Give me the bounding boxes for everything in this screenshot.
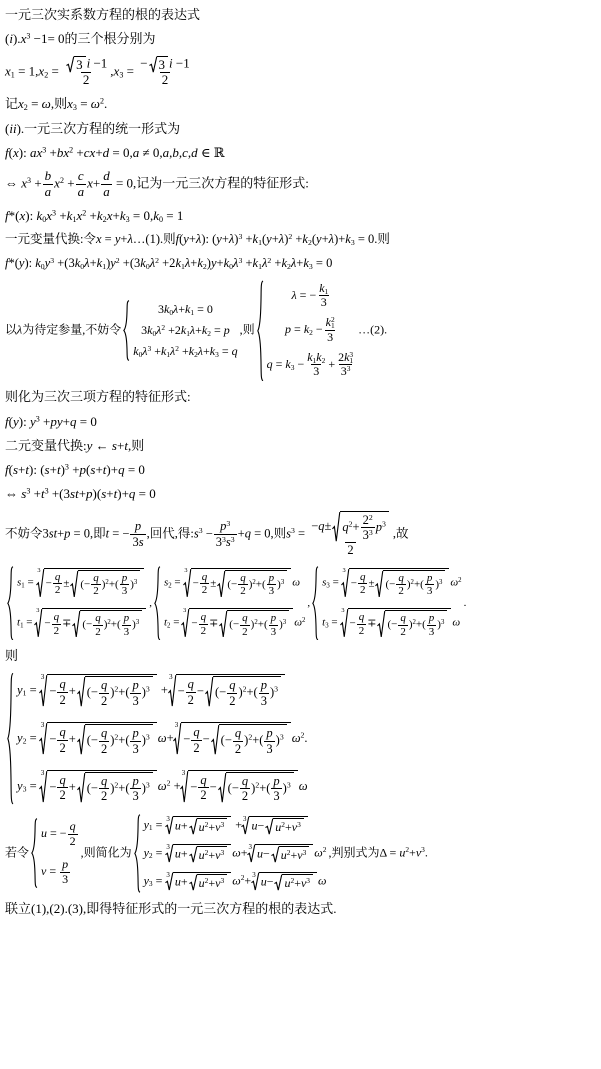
fraction: p3: [130, 678, 140, 708]
fraction: q2: [57, 677, 67, 707]
left-brace-icon: [7, 672, 14, 805]
radical-sign-icon: [66, 56, 74, 73]
fraction: p3: [425, 572, 435, 598]
cube-root: 3u−u2+v3: [248, 844, 313, 863]
left-brace-icon: [31, 818, 38, 888]
square-root: (−q2)2+(p3)3: [218, 772, 294, 804]
brace-system: y1 = 3u+u2+v3 +3u−u2+v3y2 = 3u+u2+v3ω+3u…: [134, 814, 327, 893]
radical-sign-icon: [217, 570, 225, 598]
square-root: 3: [66, 56, 86, 73]
trinomial-heading-line: 则化为三次三项方程的特征形式:: [5, 389, 599, 405]
fraction: ca: [76, 169, 87, 200]
fst-expansion-line: f(s+t): (s+t)3 +p(s+t)+q = 0: [5, 462, 599, 478]
fraction: q2: [200, 571, 210, 597]
radical-sign-icon: [274, 874, 282, 891]
cube-root: 3−q2+(−q2)2+(p3)3: [41, 674, 157, 708]
cube-root: 3u+u2+v3: [166, 844, 231, 863]
radical-sign-icon: [189, 874, 197, 891]
left-brace-icon: [123, 300, 130, 361]
fraction: q2: [93, 612, 103, 638]
radical-sign-icon: [77, 724, 85, 756]
characteristic-form-line: ⇔ x3 +bax2 +cax+da = 0,记为一元三次方程的特征形式:: [5, 169, 599, 200]
cube-root: 3−q2±(−q2)2+(p3)3: [343, 568, 450, 598]
fst-factored-line: ⇔ s3 +t3 +(3st+p)(s+t)+q = 0: [5, 486, 599, 502]
square-root: (−q2)2+(p3)3: [217, 570, 287, 598]
roots-intro-line: (i).x3 −1= 0的三个根分别为: [5, 31, 599, 47]
fraction: q2: [99, 726, 109, 756]
fraction: q2: [57, 773, 67, 803]
fraction: p3: [259, 678, 269, 708]
radical-sign-icon: [149, 56, 157, 73]
square-root: q2+2233p3: [332, 511, 388, 543]
expanded-poly-line: f*(y): k0y3 +(3k0λ+k1)y2 +(3k0λ2 +2k1λ+k…: [5, 256, 599, 272]
two-variable-substitution-line: 二元变量代换:y ← s+t,则: [5, 438, 599, 454]
fraction: q2: [91, 572, 101, 598]
fraction: ba: [43, 169, 54, 200]
brace-system: u = −q2v = p3: [31, 818, 79, 888]
left-brace-icon: [7, 566, 14, 641]
fraction: q2: [240, 612, 250, 638]
square-root: u2+v3: [189, 846, 228, 863]
conclusion-line: 联立(1),(2).(3),即得特征形式的一元三次方程的根的表达式.: [5, 901, 599, 917]
cube-root: 3−q2∓(−q2)2+(p3)3: [341, 608, 451, 638]
square-root: u2+v3: [274, 874, 313, 891]
brace-system: s2 = 3−q2±(−q2)2+(p3)3ωt2 = 3−q2∓(−q2)2+…: [154, 566, 305, 641]
omega-notation-line: 记x2 = ω,则x3 = ω2.: [5, 96, 599, 112]
depressed-cubic-line: f(y): y3 +py+q = 0: [5, 414, 599, 430]
fraction: p3: [60, 858, 70, 887]
brace-system: λ = −k13p = k2 −k123q = k3 −k1k23+2k1333: [257, 280, 357, 382]
radical-sign-icon: [70, 570, 78, 598]
fraction: p3: [267, 572, 277, 598]
fraction: p3: [122, 612, 132, 638]
fraction: q2: [358, 571, 368, 597]
radical-sign-icon: [189, 818, 197, 835]
radical-sign-icon: [271, 846, 279, 863]
radical-sign-icon: [205, 676, 213, 708]
cube-root: 3−q2+(−q2)2+(p3)3: [41, 722, 157, 756]
square-root: (−q2)2+(p3)3: [70, 570, 140, 598]
cube-root: 3u+u2+v3: [166, 816, 231, 835]
square-root: (−q2)2+(p3)3: [375, 570, 445, 598]
radical-sign-icon: [72, 610, 80, 638]
fraction: p333s3: [214, 519, 237, 549]
uv-simplified-line: 若令u = −q2v = p3,则简化为y1 = 3u+u2+v3 +3u−u2…: [5, 814, 599, 893]
fraction: q2: [233, 726, 243, 756]
square-root: (−q2)2+(p3)3: [205, 676, 281, 708]
fraction: p3: [269, 612, 279, 638]
square-root: (−q2)2+(p3)3: [77, 676, 153, 708]
fraction: q2: [396, 572, 406, 598]
square-root: (−q2)2+(p3)3: [211, 724, 287, 756]
left-brace-icon: [257, 280, 264, 382]
cube-root: 3−q2−(−q2)2+(p3)3: [182, 770, 298, 804]
square-root: (−q2)2+(p3)3: [219, 610, 289, 638]
cube-root: 3−q2+(−q2)2+(p3)3: [41, 770, 157, 804]
fraction: p3: [264, 726, 274, 756]
general-cubic-line: f(x): ax3 +bx2 +cx+d = 0,a ≠ 0,a,b,c,d ∈…: [5, 145, 599, 161]
cube-root: 3−q2−(−q2)2+(p3)3: [175, 722, 291, 756]
radical-sign-icon: [377, 610, 385, 638]
fraction: q2: [99, 774, 109, 804]
variable-substitution-line: 一元变量代换:令x = y+λ…(1).则f(y+λ): (y+λ)3 +k1(…: [5, 232, 599, 248]
fraction: p3: [271, 774, 281, 804]
fraction: 2k1333: [336, 351, 355, 380]
math-document: 一元三次实系数方程的根的表达式(i).x3 −1= 0的三个根分别为x1 = 1…: [0, 0, 601, 935]
brace-system: y1 = 3−q2+(−q2)2+(p3)3 +3−q2−(−q2)2+(p3)…: [7, 672, 308, 805]
title-line: 一元三次实系数方程的根的表达式: [5, 7, 599, 23]
then-line: 则: [5, 648, 599, 664]
fraction: 3i −12: [63, 56, 109, 89]
lambda-system-line: 以λ为待定参量,不妨令3k0λ+k1 = 03k0λ2 +2k1λ+k2 = p…: [5, 280, 599, 382]
brace-system: 3k0λ+k1 = 03k0λ2 +2k1λ+k2 = pk0λ3 +k1λ2 …: [123, 300, 237, 361]
fraction: k123: [324, 316, 337, 345]
fraction: −q±q2+2233p32: [309, 511, 392, 558]
radical-sign-icon: [265, 818, 273, 835]
fraction: k13: [317, 282, 330, 311]
unity-roots-line: x1 = 1,x2 = 3i −12,x3 = −3i −12: [5, 56, 599, 89]
square-root: u2+v3: [189, 874, 228, 891]
cube-root: 3u+u2+v3: [166, 872, 231, 891]
cube-root: 3−q2−(−q2)2+(p3)3: [169, 674, 285, 708]
square-root: u2+v3: [265, 818, 304, 835]
cube-root: 3u−u2+v3: [243, 816, 308, 835]
fraction: q2: [68, 820, 78, 849]
fraction: p3s: [130, 519, 145, 549]
brace-system: s3 = 3−q2±(−q2)2+(p3)3ω2t3 = 3−q2∓(−q2)2…: [312, 566, 461, 641]
unified-form-heading-line: (ii).一元三次方程的统一形式为: [5, 121, 599, 137]
square-root: (−q2)2+(p3)3: [377, 610, 447, 638]
fraction: q2: [199, 611, 209, 637]
cube-root: 3−q2∓(−q2)2+(p3)3: [183, 608, 293, 638]
st-roots-line: s1 = 3−q2±(−q2)2+(p3)3t1 = 3−q2∓(−q2)2+(…: [5, 566, 599, 641]
fraction: q2: [238, 572, 248, 598]
fraction: p3: [130, 726, 140, 756]
fraction: p3: [120, 572, 130, 598]
square-root: (−q2)2+(p3)3: [77, 724, 153, 756]
fraction: q2: [99, 678, 109, 708]
square-root: u2+v3: [271, 846, 310, 863]
left-brace-icon: [134, 814, 141, 893]
fraction: q2: [57, 725, 67, 755]
fraction: p3: [427, 612, 437, 638]
radical-sign-icon: [375, 570, 383, 598]
radical-sign-icon: [211, 724, 219, 756]
square-root: 3: [149, 56, 169, 73]
left-brace-icon: [154, 566, 161, 641]
square-root: u2+v3: [189, 818, 228, 835]
cube-root: 3u−u2+v3: [252, 872, 317, 891]
square-root: (−q2)2+(p3)3: [72, 610, 142, 638]
st-condition-line: 不妨令3st+p = 0,即t = −p3s,回代,得:s3 −p333s3+q…: [5, 511, 599, 558]
fraction: −3i −12: [138, 56, 192, 89]
fraction: p3: [130, 774, 140, 804]
radical-sign-icon: [218, 772, 226, 804]
radical-sign-icon: [189, 846, 197, 863]
fraction: q2: [398, 612, 408, 638]
fraction: q2: [198, 773, 208, 803]
left-brace-icon: [312, 566, 319, 641]
cube-root: 3−q2±(−q2)2+(p3)3: [184, 568, 291, 598]
fraction: q2: [227, 678, 237, 708]
fraction: q2: [240, 774, 250, 804]
cube-root: 3−q2∓(−q2)2+(p3)3: [36, 608, 146, 638]
square-root: (−q2)2+(p3)3: [77, 772, 153, 804]
fraction: q2: [357, 611, 367, 637]
fraction: q2: [191, 725, 201, 755]
fraction: da: [101, 169, 112, 200]
brace-system: s1 = 3−q2±(−q2)2+(p3)3t1 = 3−q2∓(−q2)2+(…: [7, 566, 147, 641]
cube-root: 3−q2±(−q2)2+(p3)3: [37, 568, 144, 598]
fraction: 2233: [361, 513, 375, 543]
characteristic-poly-line: f*(x): k0x3 +k1x2 +k2x+k3 = 0,k0 = 1: [5, 208, 599, 224]
radical-sign-icon: [77, 676, 85, 708]
radical-sign-icon: [77, 772, 85, 804]
radical-sign-icon: [332, 511, 340, 543]
y-roots-line: y1 = 3−q2+(−q2)2+(p3)3 +3−q2−(−q2)2+(p3)…: [5, 672, 599, 805]
fraction: q2: [53, 571, 63, 597]
fraction: q2: [52, 611, 62, 637]
fraction: k1k23: [305, 351, 327, 380]
radical-sign-icon: [219, 610, 227, 638]
fraction: q2: [186, 677, 196, 707]
